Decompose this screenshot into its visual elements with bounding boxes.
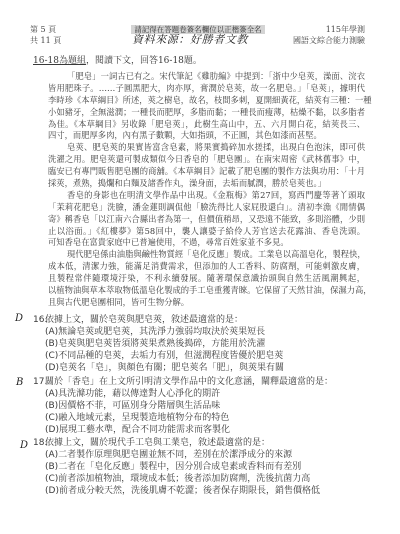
question-stem-text: 依據上文，關於皂莢與肥皂莢，敘述最適當的是： bbox=[45, 314, 243, 326]
page-number-block: 第 5 頁 共 11 頁 bbox=[30, 24, 61, 46]
question-number: 18. bbox=[33, 437, 45, 449]
option-d: (D)皂莢名「皂」，與顏色有關；肥皂莢名「肥」，與莢果有關 bbox=[33, 362, 378, 374]
passage-line: 「肥皂」一詞古已有之。宋代筆記《雞肋編》中提到：「浙中少皂莢，澡面、浣衣 bbox=[48, 71, 365, 83]
passage-line: 寄》稱香皂「以江南六合縣出者為第一，但價值稍昂，又恐遠不能致，多則浴體，少則 bbox=[48, 214, 365, 226]
question-stem: 18. 依據上文，關於現代手工皂與工業皂，敘述最適當的是： bbox=[33, 437, 378, 449]
question-group-instruction: ，閱讀下文，回答16-18題。 bbox=[86, 56, 202, 66]
option-c: (C)不同品種的皂莢，去垢力有別，但滋潤程度皆優於肥皂莢 bbox=[33, 350, 378, 362]
passage-line: 香皂的身影也在明清文學作品中出現。《金瓶梅》第27回，寫西門慶等著丫頭取 bbox=[48, 190, 365, 202]
passage-line: 小如豬牙，全無滋潤；一種長而肥厚，多脂而黏；一種長而瘦薄，枯燥不黏，以多脂者 bbox=[48, 107, 365, 119]
option-b: (B)因價格不菲，可區別身分階層與生活品味 bbox=[33, 400, 378, 412]
passage-paragraph-4: 現代肥皂係由油脂與鹼性物質經「皂化反應」製成。工業皂以高溫皂化，製程快， 成本低… bbox=[48, 249, 365, 308]
passage-line: 臨安已有專門販售肥皂團的商舖。《本草綱目》記載了肥皂團的製作方法與功用：「十月 bbox=[48, 166, 365, 178]
question-number: 16. bbox=[33, 314, 45, 326]
exam-title-block: 115年學測 國語文綜合能力測驗 bbox=[293, 24, 365, 46]
passage-paragraph-1: 「肥皂」一詞古已有之。宋代筆記《雞肋編》中提到：「浙中少皂莢，澡面、浣衣 皆用肥… bbox=[48, 71, 365, 142]
option-b: (B)二者在「皂化反應」製程中，因分別合成皂素或香料而有差別 bbox=[33, 461, 378, 473]
passage-line: 皆用肥珠子。……子圓黑肥大，肉亦厚，膏潤於皂莢，故一名肥皂。」「皂莢」，據明代 bbox=[48, 83, 365, 95]
passage-line: 成本低，清潔力強，能滿足消費需求，但添加的人工香料、防腐劑，可能刺激皮膚， bbox=[48, 261, 365, 273]
handwritten-answer-q17: B bbox=[16, 378, 23, 388]
reading-passage: 「肥皂」一詞古已有之。宋代筆記《雞肋編》中提到：「浙中少皂莢，澡面、浣衣 皆用肥… bbox=[48, 71, 365, 309]
passage-line: 採莢，煮熟，搗爛和白麵及諸香作丸，澡身面，去垢而膩潤，勝於皂莢也。」 bbox=[48, 178, 365, 190]
option-d: (D)展現工藝水準，配合不同功能需求而客製化 bbox=[33, 424, 378, 436]
question-number: 17. bbox=[33, 376, 45, 388]
handwritten-answer-q16: D bbox=[15, 314, 23, 324]
passage-line: 且與古代肥皂團相同，皆可生物分解。 bbox=[48, 297, 365, 309]
passage-line: 可知香皂在富貴家庭中已普遍使用，不過，尋常百姓家並不多見。 bbox=[48, 237, 365, 249]
question-stem-text: 依據上文，關於現代手工皂與工業皂，敘述最適當的是： bbox=[45, 437, 270, 449]
exam-subject: 國語文綜合能力測驗 bbox=[293, 35, 365, 46]
option-a: (A)二者製作原理與肥皂團並無不同，差別在於潔淨成分的來源 bbox=[33, 449, 378, 461]
question-group-label: 16-18為題組 bbox=[33, 56, 86, 66]
option-c: (C)前者添加植物油，環境成本低；後者添加防腐劑，洗後抗菌力高 bbox=[33, 473, 378, 485]
passage-line: 李時珍《本草綱目》所述，莢之樹皂，故名，枝間多刺，夏開細黃花，結莢有三種：一種 bbox=[48, 95, 365, 107]
question-group-intro: 16-18為題組，閱讀下文，回答16-18題。 bbox=[33, 56, 202, 67]
page-current: 第 5 頁 bbox=[30, 24, 61, 35]
question-stem-text: 關於「香皂」在上文所引明清文學作品中的文化意涵，闡釋最適當的是： bbox=[45, 376, 333, 388]
handwritten-answer-q18: D bbox=[20, 441, 28, 451]
passage-line: 皂莢、肥皂莢的果實皆富含皂素，將果實搗碎加水搓揉，出現白色泡沫，即可供 bbox=[48, 142, 365, 154]
passage-line: 止以浴面。」《紅樓夢》第58回中，襲人讓婆子給伶人芳官送去花露油、香皂洗頭。 bbox=[48, 226, 365, 238]
question-18: 18. 依據上文，關於現代手工皂與工業皂，敘述最適當的是： (A)二者製作原理與… bbox=[33, 437, 378, 497]
passage-line: 現代肥皂係由油脂與鹼性物質經「皂化反應」製成。工業皂以高溫皂化，製程快， bbox=[48, 249, 365, 261]
page-total: 共 11 頁 bbox=[30, 35, 61, 46]
passage-line: 且製程常伴隨環境汙染，不利永續發展。隨著環保意識抬頭與自然生活風潮興起， bbox=[48, 273, 365, 285]
question-17: 17. 關於「香皂」在上文所引明清文學作品中的文化意涵，闡釋最適當的是： (A)… bbox=[33, 376, 378, 436]
passage-line: 為佳。《本草綱目》另收錄「肥皂莢」，此樹生高山中，五、六月開白花，結莢長三、 bbox=[48, 119, 365, 131]
option-d: (D)前者成分較天然，洗後肌膚不乾澀；後者保存期限長，銷售價格低 bbox=[33, 485, 378, 497]
question-stem: 17. 關於「香皂」在上文所引明清文學作品中的文化意涵，闡釋最適當的是： bbox=[33, 376, 378, 388]
option-c: (C)融入地域元素，呈現製造地植物分布的特色 bbox=[33, 412, 378, 424]
exam-title: 115年學測 bbox=[293, 24, 365, 35]
passage-line: 洗濯之用。肥皂莢還可製成類似今日香皂的「肥皂團」。在南宋周密《武林舊事》中， bbox=[48, 154, 365, 166]
passage-line: 「茉莉花肥皂」洗臉，潘金蓮則調侃他「臉洗得比人家屁股還白」。清初李漁《閒情偶 bbox=[48, 202, 365, 214]
handwritten-source-note: 資料來源：好勝者文教 bbox=[132, 33, 248, 47]
passage-paragraph-2: 皂莢、肥皂莢的果實皆富含皂素，將果實搗碎加水搓揉，出現白色泡沫，即可供 洗濯之用… bbox=[48, 142, 365, 190]
option-b: (B)皂莢與肥皂莢皆須將莢果煮熟後搗碎，方能用於洗濯 bbox=[33, 338, 378, 350]
passage-paragraph-3: 香皂的身影也在明清文學作品中出現。《金瓶梅》第27回，寫西門慶等著丫頭取 「茉莉… bbox=[48, 190, 365, 249]
passage-line: 以植物油與草本萃取物低溫皂化製成的手工皂重獲青睞。它保留了天然甘油，保濕力高， bbox=[48, 285, 365, 297]
option-a: (A)無論皂莢或肥皂莢，其洗淨力強弱均取決於莢果短長 bbox=[33, 326, 378, 338]
option-a: (A)具洗滌功能，藉以傳達對人心淨化的期許 bbox=[33, 388, 378, 400]
question-16: 16. 依據上文，關於皂莢與肥皂莢，敘述最適當的是： (A)無論皂莢或肥皂莢，其… bbox=[33, 314, 378, 374]
passage-line: 四寸，而肥厚多肉，內有黑子數顆，大如指頭，不正圓，其色如漆而甚堅。 bbox=[48, 130, 365, 142]
question-stem: 16. 依據上文，關於皂莢與肥皂莢，敘述最適當的是： bbox=[33, 314, 378, 326]
